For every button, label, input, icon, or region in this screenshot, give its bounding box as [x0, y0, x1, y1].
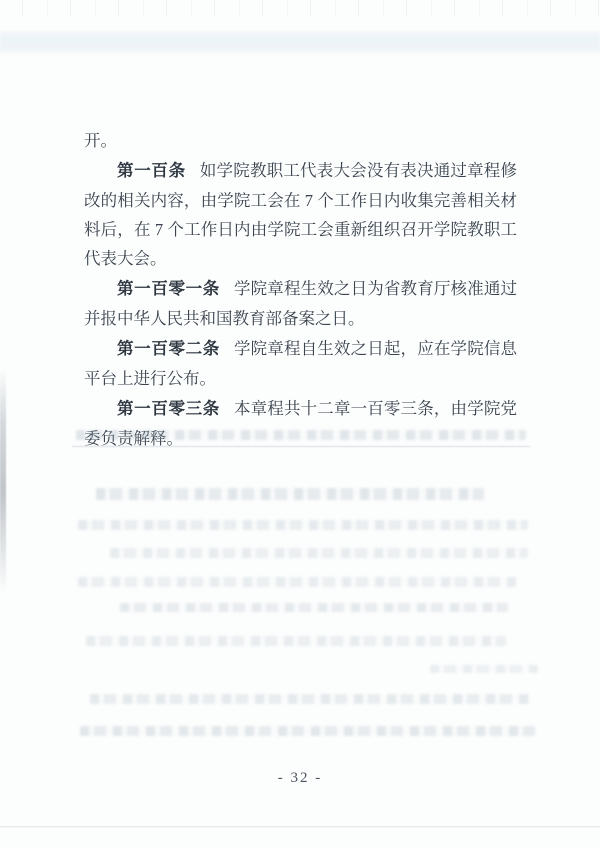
article-101: 第一百零一条学院章程生效之日为省教育厅核准通过并报中华人民共和国教育部备案之日。 [84, 274, 517, 333]
bleed-through-row [110, 548, 528, 558]
article-103-term: 第一百零三条 [117, 400, 220, 418]
bleed-through-row [430, 665, 538, 673]
article-100: 第一百条如学院教职工代表大会没有表决通过章程修改的相关内容，由学院工会在 7 个… [84, 156, 517, 273]
article-100-term: 第一百条 [117, 162, 186, 180]
article-103: 第一百零三条本章程共十二章一百零三条，由学院党委负责解释。 [84, 394, 517, 453]
document-page: 开。 第一百条如学院教职工代表大会没有表决通过章程修改的相关内容，由学院工会在 … [0, 0, 600, 848]
scan-bottom-edge-line [0, 826, 600, 828]
bleed-through-row [78, 520, 528, 530]
bleed-through-row [120, 603, 508, 612]
article-101-term: 第一百零一条 [117, 280, 220, 298]
bleed-through-row [78, 577, 516, 587]
page-number: - 32 - [0, 770, 600, 787]
article-102: 第一百零二条学院章程自生效之日起，应在学院信息平台上进行公布。 [84, 334, 517, 393]
scan-artifact-band [0, 30, 600, 54]
bleed-through-row [90, 694, 530, 704]
bleed-through-row [96, 488, 484, 500]
bleed-through-row [80, 726, 535, 736]
bleed-through-row [76, 430, 526, 440]
article-102-term: 第一百零二条 [117, 340, 220, 358]
paragraph-continuation: 开。 [84, 126, 517, 155]
scan-edge-streaks [0, 0, 600, 16]
scan-edge-shadow [0, 368, 6, 593]
bleed-through-hairline [72, 446, 530, 447]
body-text: 开。 第一百条如学院教职工代表大会没有表决通过章程修改的相关内容，由学院工会在 … [84, 126, 517, 453]
bleed-through-row [86, 636, 506, 646]
